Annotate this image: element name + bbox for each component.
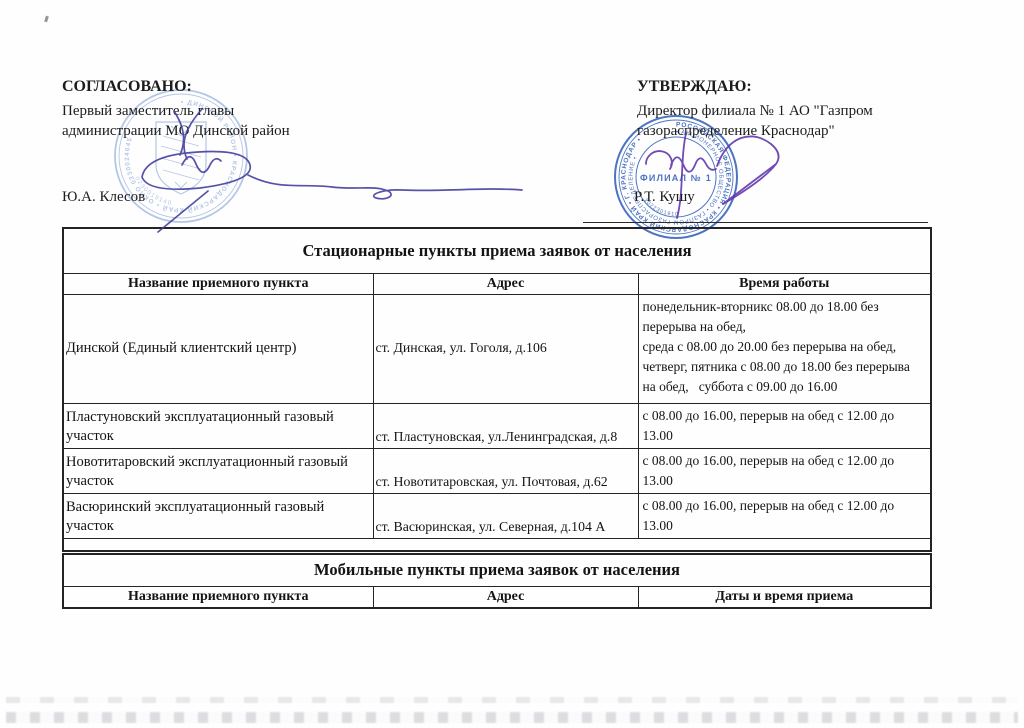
approval-right-signer-name: Р.Т. Кушу (634, 189, 695, 206)
scan-noise-band (6, 712, 1018, 723)
document-page: СОГЛАСОВАНО: Первый заместитель главы ад… (0, 0, 1024, 728)
table-header-row: Название приемного пункта Адрес Даты и в… (63, 586, 931, 608)
empty-strip-cell (63, 538, 931, 551)
scan-noise-band (6, 697, 1018, 703)
cell-schedule: с 08.00 до 16.00, перерыв на обед с 12.0… (638, 403, 931, 448)
header-dates: Даты и время приема (638, 586, 931, 608)
cell-point-name: Новотитаровский эксплуатационный газовый… (63, 448, 373, 493)
mobile-table-title: Мобильные пункты приема заявок от населе… (63, 554, 931, 586)
table-row: Пластуновский эксплуатационный газовый у… (63, 403, 931, 448)
header-address: Адрес (373, 586, 638, 608)
cell-address: ст. Динская, ул. Гоголя, д.106 (373, 294, 638, 403)
table-title-row: Мобильные пункты приема заявок от населе… (63, 554, 931, 586)
cell-address: ст. Васюринская, ул. Северная, д.104 А (373, 493, 638, 538)
stationary-points-table: Стационарные пункты приема заявок от нас… (62, 227, 932, 552)
cell-schedule: с 08.00 до 16.00, перерыв на обед с 12.0… (638, 493, 931, 538)
header-name: Название приемного пункта (63, 273, 373, 294)
table-row: Новотитаровский эксплуатационный газовый… (63, 448, 931, 493)
header-name: Название приемного пункта (63, 586, 373, 608)
header-hours: Время работы (638, 273, 931, 294)
table-row: Динской (Единый клиентский центр) ст. Ди… (63, 294, 931, 403)
cell-schedule: понедельник-вторникс 08.00 до 18.00 без … (638, 294, 931, 403)
table-row: Васюринский эксплуатационный газовый уча… (63, 493, 931, 538)
scan-speck (44, 16, 49, 23)
table-empty-strip-row (63, 538, 931, 551)
cell-point-name: Васюринский эксплуатационный газовый уча… (63, 493, 373, 538)
cell-point-name: Пластуновский эксплуатационный газовый у… (63, 403, 373, 448)
cell-address: ст. Пластуновская, ул.Ленинградская, д.8 (373, 403, 638, 448)
cell-schedule: с 08.00 до 16.00, перерыв на обед с 12.0… (638, 448, 931, 493)
signature-right-icon (605, 112, 835, 247)
cell-point-name: Динской (Единый клиентский центр) (63, 294, 373, 403)
signature-left-icon (130, 95, 550, 240)
approval-left-title: СОГЛАСОВАНО: (62, 77, 402, 97)
header-address: Адрес (373, 273, 638, 294)
table-header-row: Название приемного пункта Адрес Время ра… (63, 273, 931, 294)
cell-address: ст. Новотитаровская, ул. Почтовая, д.62 (373, 448, 638, 493)
mobile-points-table: Мобильные пункты приема заявок от населе… (62, 553, 932, 609)
approval-right-title: УТВЕРЖДАЮ: (637, 77, 977, 97)
approval-left-signer-name: Ю.А. Клесов (62, 189, 145, 206)
